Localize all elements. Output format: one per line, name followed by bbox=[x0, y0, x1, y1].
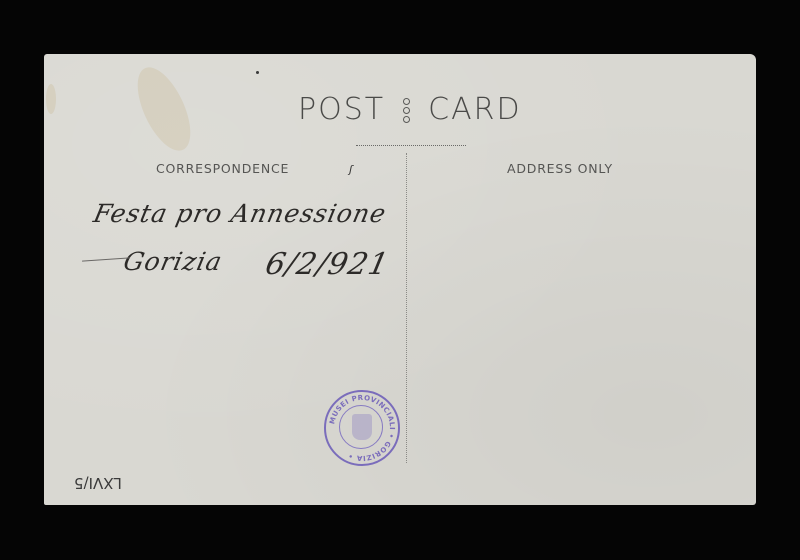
handwriting-line-1: Festa pro Annessione bbox=[91, 199, 389, 228]
stamp-emblem-icon bbox=[352, 414, 372, 440]
correspondence-label: CORRESPONDENCE bbox=[156, 161, 289, 176]
title-separator-dots bbox=[397, 96, 417, 125]
paper-stain bbox=[127, 60, 201, 158]
handwriting-flourish bbox=[82, 257, 130, 261]
handwriting-place: Gorizia bbox=[121, 247, 225, 276]
paper-stain bbox=[46, 84, 56, 114]
title-underline bbox=[356, 145, 466, 146]
ink-mark: ʃ bbox=[349, 163, 353, 176]
ink-speck bbox=[256, 71, 259, 74]
center-divider bbox=[406, 153, 407, 463]
inventory-mark: LXVI/5 bbox=[74, 474, 122, 492]
title-post: POST bbox=[298, 92, 385, 127]
postcard: POST CARD CORRESPONDENCE ʃ ADDRESS ONLY … bbox=[44, 54, 756, 505]
title-card: CARD bbox=[428, 92, 521, 127]
handwriting-date: 6/2/921 bbox=[262, 247, 392, 282]
postcard-title: POST CARD bbox=[298, 92, 522, 127]
museum-stamp: MUSEI PROVINCIALI • GORIZIA • bbox=[324, 390, 400, 466]
address-label: ADDRESS ONLY bbox=[507, 161, 613, 176]
